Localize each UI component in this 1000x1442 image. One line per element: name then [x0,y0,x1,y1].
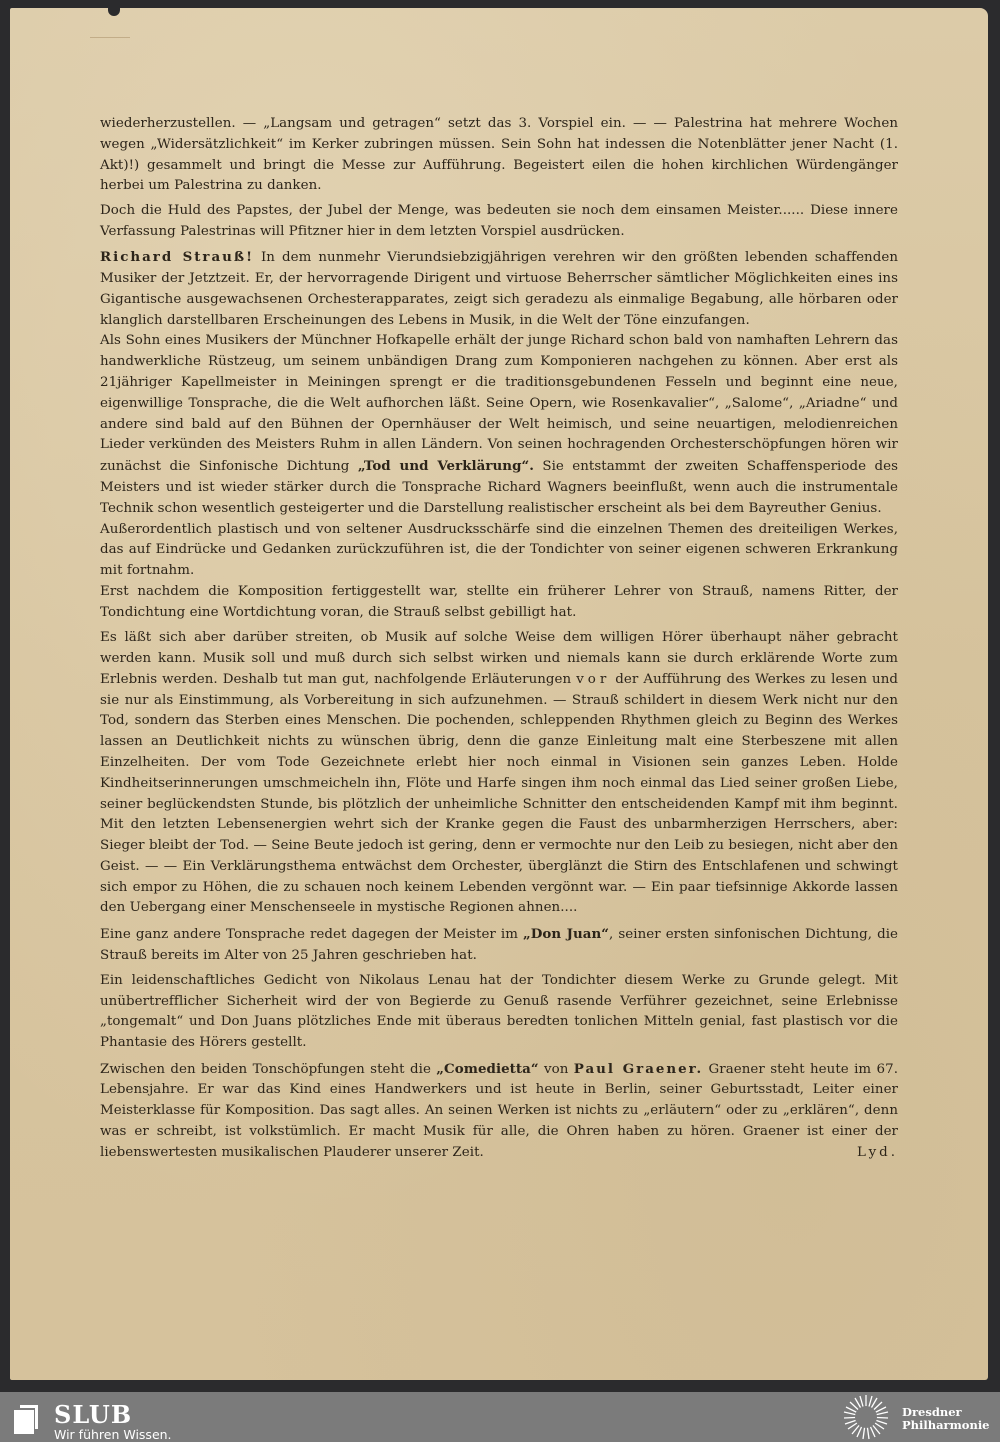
paragraph-themes: Außerordentlich plastisch und von selten… [100,520,898,582]
slub-logo-name: SLUB [54,1400,132,1429]
paragraph-ritter: Erst nachdem die Komposition fertiggeste… [100,582,898,624]
paragraph-text: Als Sohn eines Musikers der Münchner Hof… [100,333,898,474]
paragraph-lenau: Ein leidenschaftliches Gedicht von Nikol… [100,971,898,1054]
work-title-tod-und-verklaerung: „Tod und Verklärung“. [358,458,534,474]
strauss-heading: Richard Strauß! [100,249,254,265]
work-title-comedietta: „Comedietta“ [436,1061,538,1077]
paragraph-palestrina-prison: wiederherzustellen. — „Langsam und getra… [100,114,898,197]
paragraph-graener: Zwischen den beiden Tonschöpfungen steht… [100,1059,898,1164]
dresdner-philharmonie-logo[interactable]: Dresdner Philharmonie [842,1394,1000,1440]
logo-line-2: Philharmonie [902,1419,990,1432]
viewer-footer-bar: SLUB Wir führen Wissen. [0,1392,1000,1442]
emphasis-vor: vor [576,672,610,687]
paper-crease [90,37,130,38]
paragraph-text: Ein leidenschaftliches Gedicht von Nikol… [100,973,898,1050]
slub-logo-tagline: Wir führen Wissen. [54,1427,172,1442]
composer-name-graener: Paul Graener. [574,1061,703,1077]
paragraph-don-juan: Eine ganz andere Tonsprache redet dagege… [100,924,898,967]
paragraph-text: von [539,1062,574,1077]
paragraph-palestrina-pope: Doch die Huld des Papstes, der Jubel der… [100,201,898,243]
paragraph-strauss-biography: Als Sohn eines Musikers der Münchner Hof… [100,331,898,519]
paragraph-text: wiederherzustellen. — „Langsam und getra… [100,116,898,193]
paragraph-strauss-intro: Richard Strauß! In dem nunmehr Vierundsi… [100,247,898,331]
author-signature: Lyd. [857,1143,898,1164]
paragraph-text: Erst nachdem die Komposition fertiggeste… [100,584,898,620]
dresdner-philharmonie-name: Dresdner Philharmonie [902,1406,990,1432]
book-pages-icon [14,1405,40,1435]
paragraph-text: Doch die Huld des Papstes, der Jubel der… [100,203,898,239]
work-title-don-juan: „Don Juan“ [523,926,609,942]
paragraph-text: Außerordentlich plastisch und von selten… [100,522,898,579]
paragraph-text: der Aufführung des Werkes zu lesen und s… [100,672,898,916]
sunburst-ring-icon [842,1394,890,1440]
paragraph-text: Eine ganz andere Tonsprache redet dagege… [100,927,523,942]
paragraph-tod-description: Es läßt sich aber darüber streiten, ob M… [100,628,898,919]
paragraph-text: Zwischen den beiden Tonschöpfungen steht… [100,1062,436,1077]
document-body: wiederherzustellen. — „Langsam und getra… [100,114,898,1168]
